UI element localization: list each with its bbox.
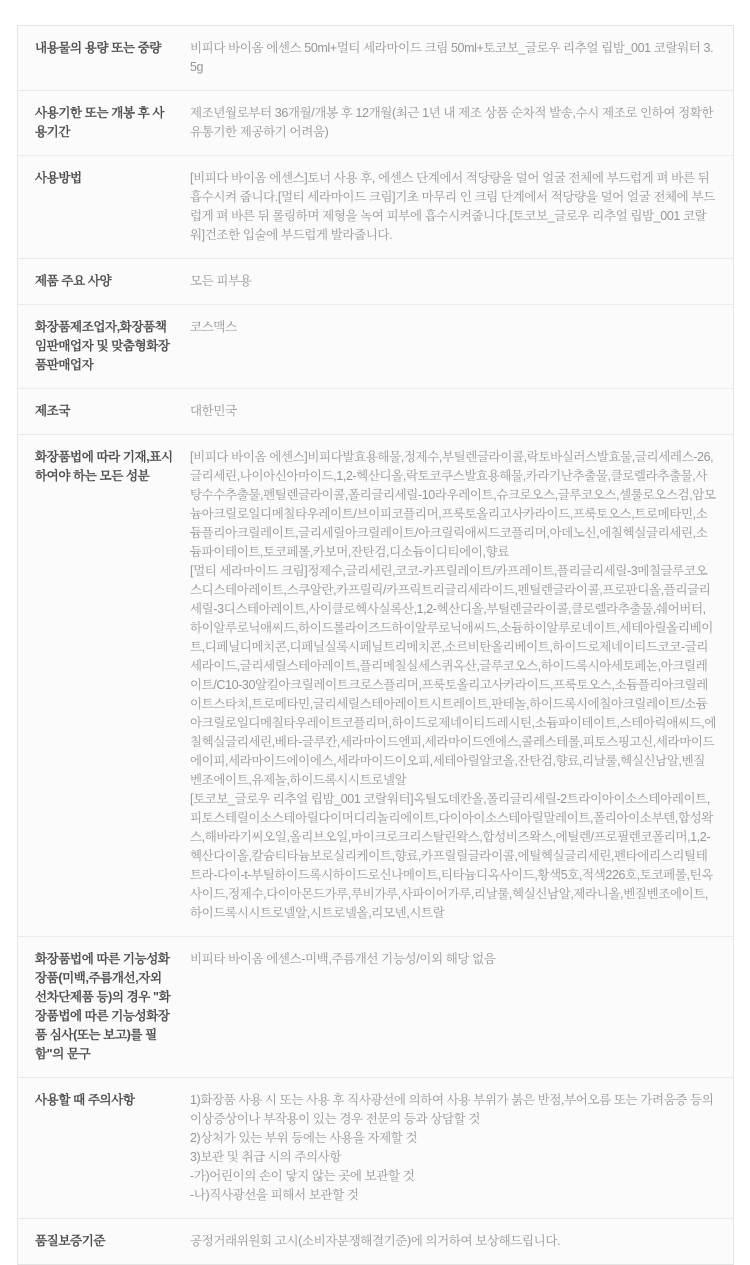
product-info-table: 내용물의 용량 또는 중량 비피다 바이옴 에센스 50ml+멀티 세라마이드 … [17, 25, 734, 1265]
spec-value: 비피다 바이옴 에센스 50ml+멀티 세라마이드 크림 50ml+토코보_글로… [190, 39, 716, 77]
spec-value: 대한민국 [190, 402, 716, 421]
spec-value: 제조년월로부터 36개월/개봉 후 12개월(최근 1년 내 제조 상품 순차적… [190, 104, 716, 142]
spec-row: 제품 주요 사양 모든 피부용 [18, 258, 733, 304]
spec-value-line: 3)보관 및 취급 시의 주의사항 [190, 1148, 716, 1167]
spec-label: 화장품법에 따른 기능성화장품(미백,주름개선,자외선차단제품 등)의 경우 "… [35, 950, 190, 1064]
spec-row: 화장품제조업자,화장품책임판매업자 및 맞춤형화장품판매업자 코스맥스 [18, 304, 733, 388]
spec-value: 공정거래위원회 고시(소비자분쟁해결기준)에 의거하여 보상해드립니다. [190, 1232, 716, 1251]
spec-value: 코스맥스 [190, 318, 716, 337]
spec-label: 내용물의 용량 또는 중량 [35, 39, 190, 58]
spec-label: 사용방법 [35, 169, 190, 188]
spec-label: 사용기한 또는 개봉 후 사용기간 [35, 104, 190, 142]
page: 내용물의 용량 또는 중량 비피다 바이옴 에센스 50ml+멀티 세라마이드 … [0, 25, 750, 1265]
spec-row: 사용기한 또는 개봉 후 사용기간 제조년월로부터 36개월/개봉 후 12개월… [18, 90, 733, 155]
spec-value-line: -가)어린이의 손이 닿지 않는 곳에 보관할 것 [190, 1167, 716, 1186]
spec-label: 화장품제조업자,화장품책임판매업자 및 맞춤형화장품판매업자 [35, 318, 190, 375]
spec-value: 모든 피부용 [190, 272, 716, 291]
spec-row: 품질보증기준 공정거래위원회 고시(소비자분쟁해결기준)에 의거하여 보상해드립… [18, 1218, 733, 1264]
spec-value: [비피다 바이옴 에센스]비피다발효용해물,정제수,부틸렌글라이콜,락토바실러스… [190, 448, 716, 923]
spec-row: 사용할 때 주의사항 1)화장품 사용 시 또는 사용 후 직사광선에 의하여 … [18, 1077, 733, 1218]
spec-value-line: 1)화장품 사용 시 또는 사용 후 직사광선에 의하여 사용 부위가 붉은 반… [190, 1091, 716, 1129]
spec-label: 제조국 [35, 402, 190, 421]
spec-value: 1)화장품 사용 시 또는 사용 후 직사광선에 의하여 사용 부위가 붉은 반… [190, 1091, 716, 1205]
spec-row: 내용물의 용량 또는 중량 비피다 바이옴 에센스 50ml+멀티 세라마이드 … [18, 26, 733, 90]
spec-value: 비피타 바이옴 에센스-미백,주름개선 기능성/이외 해당 없음 [190, 950, 716, 969]
spec-value-line: [비피다 바이옴 에센스]비피다발효용해물,정제수,부틸렌글라이콜,락토바실러스… [190, 448, 716, 562]
spec-label: 사용할 때 주의사항 [35, 1091, 190, 1110]
spec-row: 화장품법에 따라 기재,표시하여야 하는 모든 성분 [비피다 바이옴 에센스]… [18, 434, 733, 936]
spec-row: 사용방법 [비피다 바이옴 에센스]토너 사용 후, 에센스 단계에서 적당량을… [18, 155, 733, 258]
spec-row: 화장품법에 따른 기능성화장품(미백,주름개선,자외선차단제품 등)의 경우 "… [18, 936, 733, 1077]
spec-row: 제조국 대한민국 [18, 388, 733, 434]
spec-value-line: -나)직사광선을 피해서 보관할 것 [190, 1186, 716, 1205]
spec-value-line: [토코보_글로우 리추얼 립밤_001 코랄워터]옥틸도데칸올,폴리글리세릴-2… [190, 790, 716, 923]
spec-label: 제품 주요 사양 [35, 272, 190, 291]
spec-label: 품질보증기준 [35, 1232, 190, 1251]
spec-value-line: 2)상처가 있는 부위 등에는 사용을 자제할 것 [190, 1129, 716, 1148]
spec-value-line: [멀티 세라마이드 크림]정제수,글리세린,코코-카프릴레이트/카프레이트,플리… [190, 562, 716, 790]
spec-value: [비피다 바이옴 에센스]토너 사용 후, 에센스 단계에서 적당량을 덜어 얼… [190, 169, 716, 245]
spec-label: 화장품법에 따라 기재,표시하여야 하는 모든 성분 [35, 448, 190, 486]
